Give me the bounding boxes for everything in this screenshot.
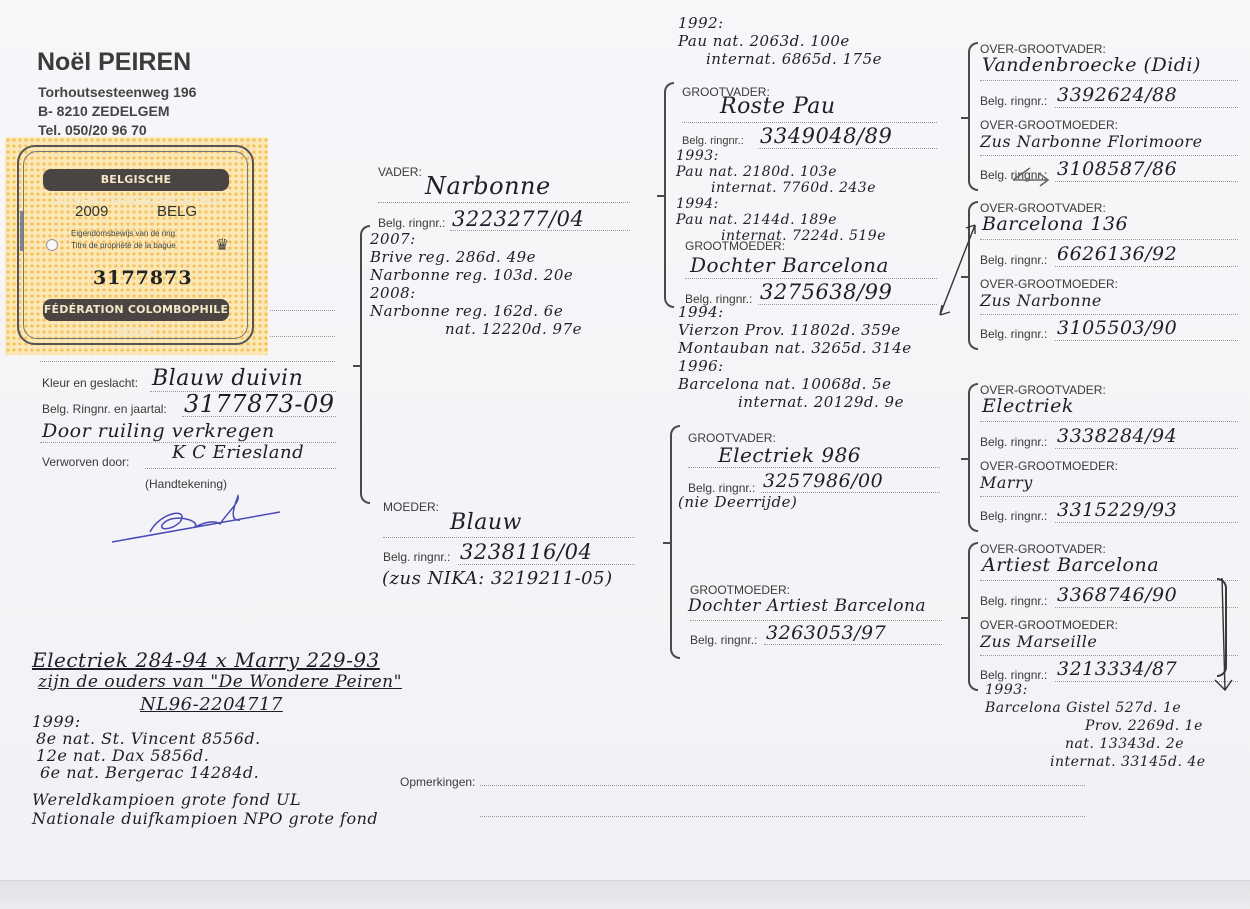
remarks-parents-of: zijn de ouders van "De Wondere Peiren" (38, 672, 402, 692)
result-line: Nationale duifkampioen NPO grote fond (32, 809, 378, 828)
scanner-edge (0, 880, 1250, 909)
remarks-ring: NL96-2204717 (140, 694, 283, 715)
result-line: Wereldkampioen grote fond UL (32, 790, 301, 809)
remarks-headline: Electriek 284-94 x Marry 229-93 (32, 648, 380, 672)
pedigree-sheet: Noël PEIREN Torhoutsesteenweg 196 B- 821… (0, 0, 1250, 880)
result-line: 6e nat. Bergerac 14284d. (40, 763, 259, 782)
remarks-label: Opmerkingen: (400, 775, 475, 789)
